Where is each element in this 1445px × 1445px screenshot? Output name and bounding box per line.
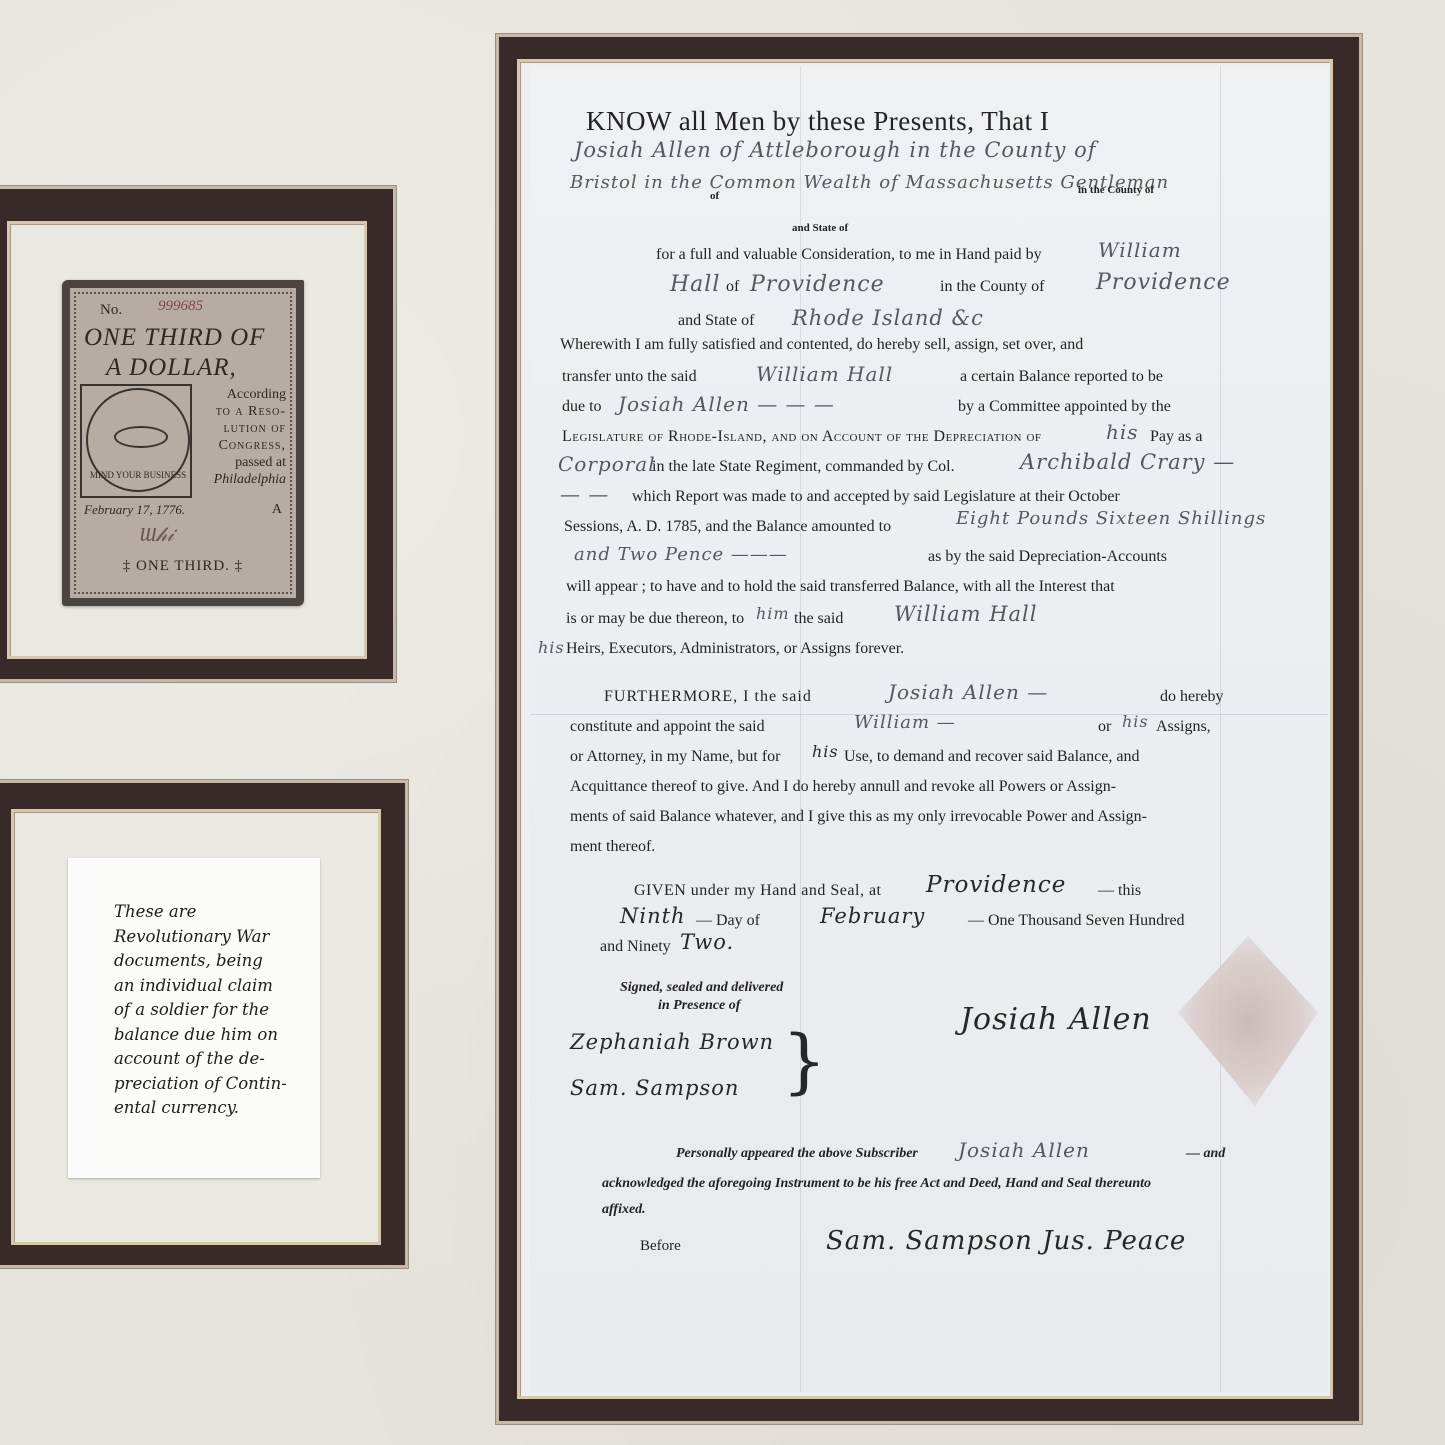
handwritten-state: Rhode Island &c — [792, 306, 984, 330]
and-state-label-2: and State of — [678, 312, 754, 330]
handwritten-due-name: Josiah Allen — — — — [618, 392, 835, 416]
handwritten-subscriber: Josiah Allen — [958, 1138, 1090, 1162]
doc-line-the-said: the said — [794, 610, 843, 628]
handwritten-transferee: William Hall — [756, 362, 893, 386]
handwritten-his-3: his — [1122, 712, 1149, 731]
handwritten-william-hall-2: William Hall — [894, 602, 1037, 626]
assignment-document: KNOW all Men by these Presents, That I J… — [530, 66, 1328, 1392]
currency-number-label: No. — [100, 302, 122, 319]
handwritten-payer-last: Hall — [670, 272, 720, 297]
handwritten-william-3: William — — [854, 712, 956, 733]
handwritten-payer-first: William — [1098, 238, 1182, 262]
doc-line-due-a: due to — [562, 398, 602, 416]
handwritten-year: Two. — [680, 930, 734, 954]
currency-title-line1: ONE THIRD OF — [84, 324, 265, 352]
doc-line-acquittance: Acquittance thereof to give. And I do he… — [570, 778, 1116, 796]
handwritten-witness-1: Zephaniah Brown — [570, 1030, 774, 1054]
currency-serial: 999685 — [158, 298, 203, 315]
handwritten-witness-2: Sam. Sampson — [570, 1076, 739, 1100]
of-label-2: of — [726, 278, 739, 296]
handwritten-josiah-2: Josiah Allen — — [888, 680, 1048, 704]
doc-line-regiment: in the late State Regiment, commanded by… — [652, 458, 955, 476]
doc-line-heirs: Heirs, Executors, Administrators, or Ass… — [566, 640, 904, 658]
resolution-line: Philadelphia — [196, 471, 286, 488]
handwritten-his-2: his — [538, 638, 565, 657]
doc-line-transfer-a: transfer unto the said — [562, 368, 697, 386]
doc-line-furthermore-b: do hereby — [1160, 688, 1224, 706]
sundial-icon: MIND YOUR BUSINESS — [86, 388, 190, 492]
doc-line-given-a: GIVEN under my Hand and Seal, at — [634, 882, 882, 900]
resolution-line: Congress, — [196, 437, 286, 454]
fold-line — [800, 66, 801, 1392]
doc-line-furthermore-a: FURTHERMORE, I the said — [604, 688, 812, 706]
and-state-label: and State of — [792, 222, 848, 234]
doc-line-constitute: constitute and appoint the said — [570, 718, 765, 736]
doc-line-report: which Report was made to and accepted by… — [632, 488, 1120, 506]
handwritten-him: him — [756, 604, 790, 623]
doc-line-ment: ment thereof. — [570, 838, 655, 856]
explanatory-text: These are Revolutionary War documents, b… — [114, 900, 302, 1121]
handwritten-rank: Corporal — [558, 452, 656, 476]
doc-line-transfer-b: a certain Balance reported to be — [960, 368, 1163, 386]
explanatory-card: These are Revolutionary War documents, b… — [68, 858, 320, 1178]
doc-line-due-thereon: is or may be due thereon, to — [566, 610, 744, 628]
consideration-line: for a full and valuable Consideration, t… — [656, 246, 1042, 264]
handwritten-month: February — [820, 904, 925, 928]
witness-label-1: Signed, sealed and delivered — [620, 980, 783, 996]
doc-line-and: — and — [1186, 1146, 1225, 1162]
currency-motto: MIND YOUR BUSINESS — [90, 470, 186, 480]
doc-line-attorney-a: or Attorney, in my Name, but for — [570, 748, 780, 766]
document-heading: KNOW all Men by these Presents, That I — [586, 106, 1049, 137]
handwritten-justice: Sam. Sampson Jus. Peace — [826, 1226, 1186, 1256]
handwritten-amount-2: and Two Pence ——— — [574, 544, 788, 565]
in-county-label-2: in the County of — [940, 278, 1044, 296]
fold-line — [1220, 66, 1221, 1392]
wax-seal-paper — [1178, 936, 1318, 1106]
doc-line-due-b: by a Committee appointed by the — [958, 398, 1171, 416]
doc-line-sessions: Sessions, A. D. 1785, and the Balance am… — [564, 518, 891, 536]
handwritten-amount-1: Eight Pounds Sixteen Shillings — [956, 508, 1266, 529]
doc-line-wherewith: Wherewith I am fully satisfied and conte… — [560, 336, 1083, 354]
handwritten-day: Ninth — [620, 904, 686, 928]
resolution-line: passed at — [196, 454, 286, 471]
currency-signature: Ɯ𝒽𝒾 — [140, 524, 174, 547]
resolution-line: to a Reso- — [196, 403, 286, 420]
doc-line-assigns: Assigns, — [1156, 718, 1211, 736]
brace-icon: } — [782, 1026, 827, 1096]
handwritten-signature: Josiah Allen — [960, 1002, 1152, 1037]
doc-line-given-b: — this — [1098, 882, 1141, 900]
handwritten-place: Providence — [926, 872, 1066, 898]
doc-line-acknowledged: acknowledged the aforegoing Instrument t… — [602, 1176, 1151, 1192]
doc-line-personally: Personally appeared the above Subscriber — [676, 1146, 918, 1162]
doc-line-appear: will appear ; to have and to hold the sa… — [566, 578, 1115, 596]
doc-line-attorney-b: Use, to demand and recover said Balance,… — [844, 748, 1139, 766]
doc-line-day-of: — Day of — [696, 912, 760, 930]
in-county-label: in the County of — [1078, 184, 1154, 196]
doc-line-pay: Pay as a — [1150, 428, 1202, 446]
handwritten-town: Providence — [750, 272, 885, 297]
handwritten-county-2: Providence — [1096, 270, 1231, 295]
doc-line-affixed: affixed. — [602, 1202, 646, 1218]
doc-line-or: or — [1098, 718, 1111, 736]
doc-line-thousand: — One Thousand Seven Hundred — [968, 912, 1185, 930]
doc-line-before: Before — [640, 1238, 681, 1255]
resolution-line: lution of — [196, 420, 286, 437]
currency-resolution: According to a Reso- lution of Congress,… — [196, 386, 286, 488]
handwritten-name-line: Josiah Allen of Attleborough in the Coun… — [574, 138, 1096, 162]
handwritten-dash: — — — [560, 482, 609, 506]
handwritten-his-4: his — [812, 742, 839, 761]
currency-title-line2: A DOLLAR, — [106, 354, 237, 382]
doc-line-accounts: as by the said Depreciation-Accounts — [928, 548, 1167, 566]
resolution-line: According — [196, 386, 286, 403]
doc-line-legislature: Legislature of Rhode-Island, and on Acco… — [562, 428, 1042, 446]
handwritten-his: his — [1106, 420, 1139, 444]
witness-label-2: in Presence of — [658, 998, 740, 1014]
continental-currency-note: No. 999685 ONE THIRD OF A DOLLAR, MIND Y… — [62, 280, 304, 606]
doc-line-ninety: and Ninety — [600, 938, 671, 956]
of-label: of — [710, 190, 719, 202]
currency-bottom-label: ‡ ONE THIRD. ‡ — [70, 558, 296, 575]
currency-series: A — [272, 502, 282, 518]
handwritten-colonel: Archibald Crary — — [1020, 450, 1235, 474]
doc-line-ments: ments of said Balance whatever, and I gi… — [570, 808, 1147, 826]
currency-date: February 17, 1776. — [84, 502, 185, 518]
